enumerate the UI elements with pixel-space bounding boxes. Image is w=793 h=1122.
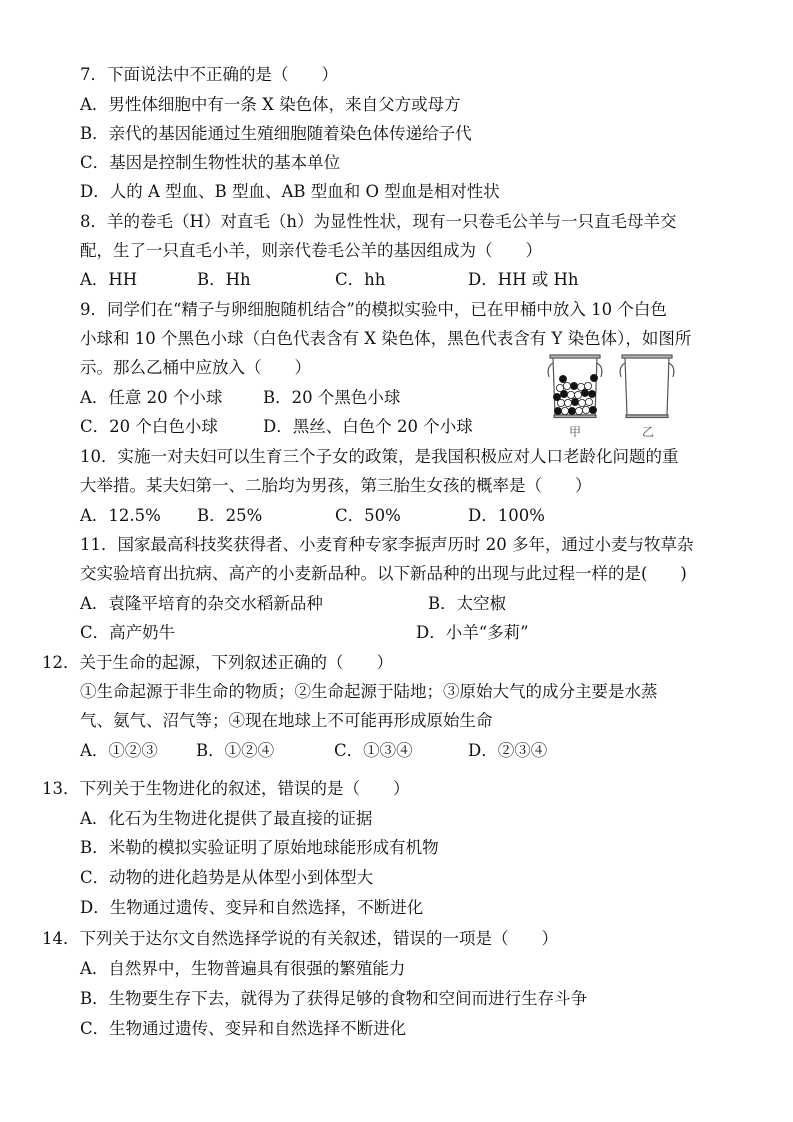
q7-option-c: C．基因是控制生物性状的基本单位 xyxy=(80,152,340,174)
q13-stem: 13．下列关于生物进化的叙述，错误的是（ ） xyxy=(42,778,410,800)
q14-option-c: C．生物通过遗传、变异和自然选择不断进化 xyxy=(80,1018,406,1040)
q7-stem: 7．下面说法中不正确的是（ ） xyxy=(80,64,338,86)
q8-stem-line2: 配，生了一只直毛小羊，则亲代卷毛公羊的基因组成为（ ） xyxy=(80,240,542,262)
q12-option-c: C．①③④ xyxy=(334,740,413,762)
q9-stem-line3: 示。那么乙桶中应放入（ ） xyxy=(80,357,311,379)
q8-option-d: D．HH 或 Hh xyxy=(468,269,579,291)
q9-option-a: A．任意 20 个小球 xyxy=(80,387,222,409)
q12-stem: 12．关于生命的起源，下列叙述正确的（ ） xyxy=(42,652,393,674)
q9-stem-line2: 小球和 10 个黑色小球（白色代表含有 X 染色体，黑色代表含有 Y 染色体），… xyxy=(80,328,691,350)
q13-option-b: B．米勒的模拟实验证明了原始地球能形成有机物 xyxy=(80,837,439,859)
q12-option-b: B．①②④ xyxy=(196,740,274,762)
buckets-illustration-icon xyxy=(544,353,684,425)
q8-option-a: A．HH xyxy=(80,269,137,291)
q13-option-c: C．动物的进化趋势是从体型小到体型大 xyxy=(80,867,373,889)
q9-option-b: B．20 个黑色小球 xyxy=(263,387,400,409)
q8-option-b: B．Hh xyxy=(197,269,251,291)
q10-option-c: C．50% xyxy=(335,505,401,527)
q11-option-c: C．高产奶牛 xyxy=(80,622,175,644)
bucket-label-jia: 甲 xyxy=(569,423,581,440)
q11-option-b: B．太空椒 xyxy=(428,593,506,615)
q10-option-d: D．100% xyxy=(468,505,545,527)
q12-option-d: D．②③④ xyxy=(468,740,547,762)
q14-option-a: A．自然界中，生物普遍具有很强的繁殖能力 xyxy=(80,958,405,980)
q7-option-b: B．亲代的基因能通过生殖细胞随着染色体传递给子代 xyxy=(80,123,472,145)
bucket-label-yi: 乙 xyxy=(642,423,654,440)
q10-stem-line2: 大举措。某夫妇第一、二胎均为男孩，第三胎生女孩的概率是（ ） xyxy=(80,475,592,497)
q11-option-a: A．袁隆平培育的杂交水稻新品种 xyxy=(80,593,323,615)
q7-option-d: D．人的 A 型血、B 型血、AB 型血和 O 型血是相对性状 xyxy=(80,181,500,203)
q9-option-c: C．20 个白色小球 xyxy=(80,416,218,438)
q7-option-a: A．男性体细胞中有一条 X 染色体，来自父方或母方 xyxy=(80,94,461,116)
q10-option-b: B．25% xyxy=(197,505,262,527)
q10-stem-line1: 10．实施一对夫妇可以生育三个子女的政策，是我国积极应对人口老龄化问题的重 xyxy=(80,446,679,468)
q12-statements-line2: 气、氨气、沼气等；④现在地球上不可能再形成原始生命 xyxy=(80,710,493,732)
q13-option-a: A．化石为生物进化提供了最直接的证据 xyxy=(80,808,372,830)
q11-option-d: D．小羊“多莉” xyxy=(416,622,529,644)
q11-stem-line2: 交实验培育出抗病、高产的小麦新品种。以下新品种的出现与此过程一样的是( ) xyxy=(80,563,687,585)
q8-option-c: C．hh xyxy=(335,269,385,291)
q10-option-a: A．12.5% xyxy=(80,505,161,527)
q12-option-a: A．①②③ xyxy=(80,740,158,762)
q9-option-d: D．黑丝、白色个 20 个小球 xyxy=(263,416,473,438)
q9-stem-line1: 9．同学们在“精子与卵细胞随机结合”的模拟实验中，已在甲桶中放入 10 个白色 xyxy=(80,299,667,321)
q14-stem: 14．下列关于达尔文自然选择学说的有关叙述，错误的一项是（ ） xyxy=(42,928,558,950)
q14-option-b: B．生物要生存下去，就得为了获得足够的食物和空间而进行生存斗争 xyxy=(80,988,587,1010)
q12-statements-line1: ①生命起源于非生命的物质；②生命起源于陆地；③原始大气的成分主要是水蒸 xyxy=(80,681,658,703)
q8-stem-line1: 8．羊的卷毛（H）对直毛（h）为显性性状，现有一只卷毛公羊与一只直毛母羊交 xyxy=(80,211,677,233)
bucket-figure: 甲 乙 xyxy=(544,353,684,443)
q11-stem-line1: 11．国家最高科技奖获得者、小麦育种专家李振声历时 20 多年，通过小麦与牧草杂 xyxy=(80,534,693,556)
q13-option-d: D．生物通过遗传、变异和自然选择，不断进化 xyxy=(80,897,423,919)
